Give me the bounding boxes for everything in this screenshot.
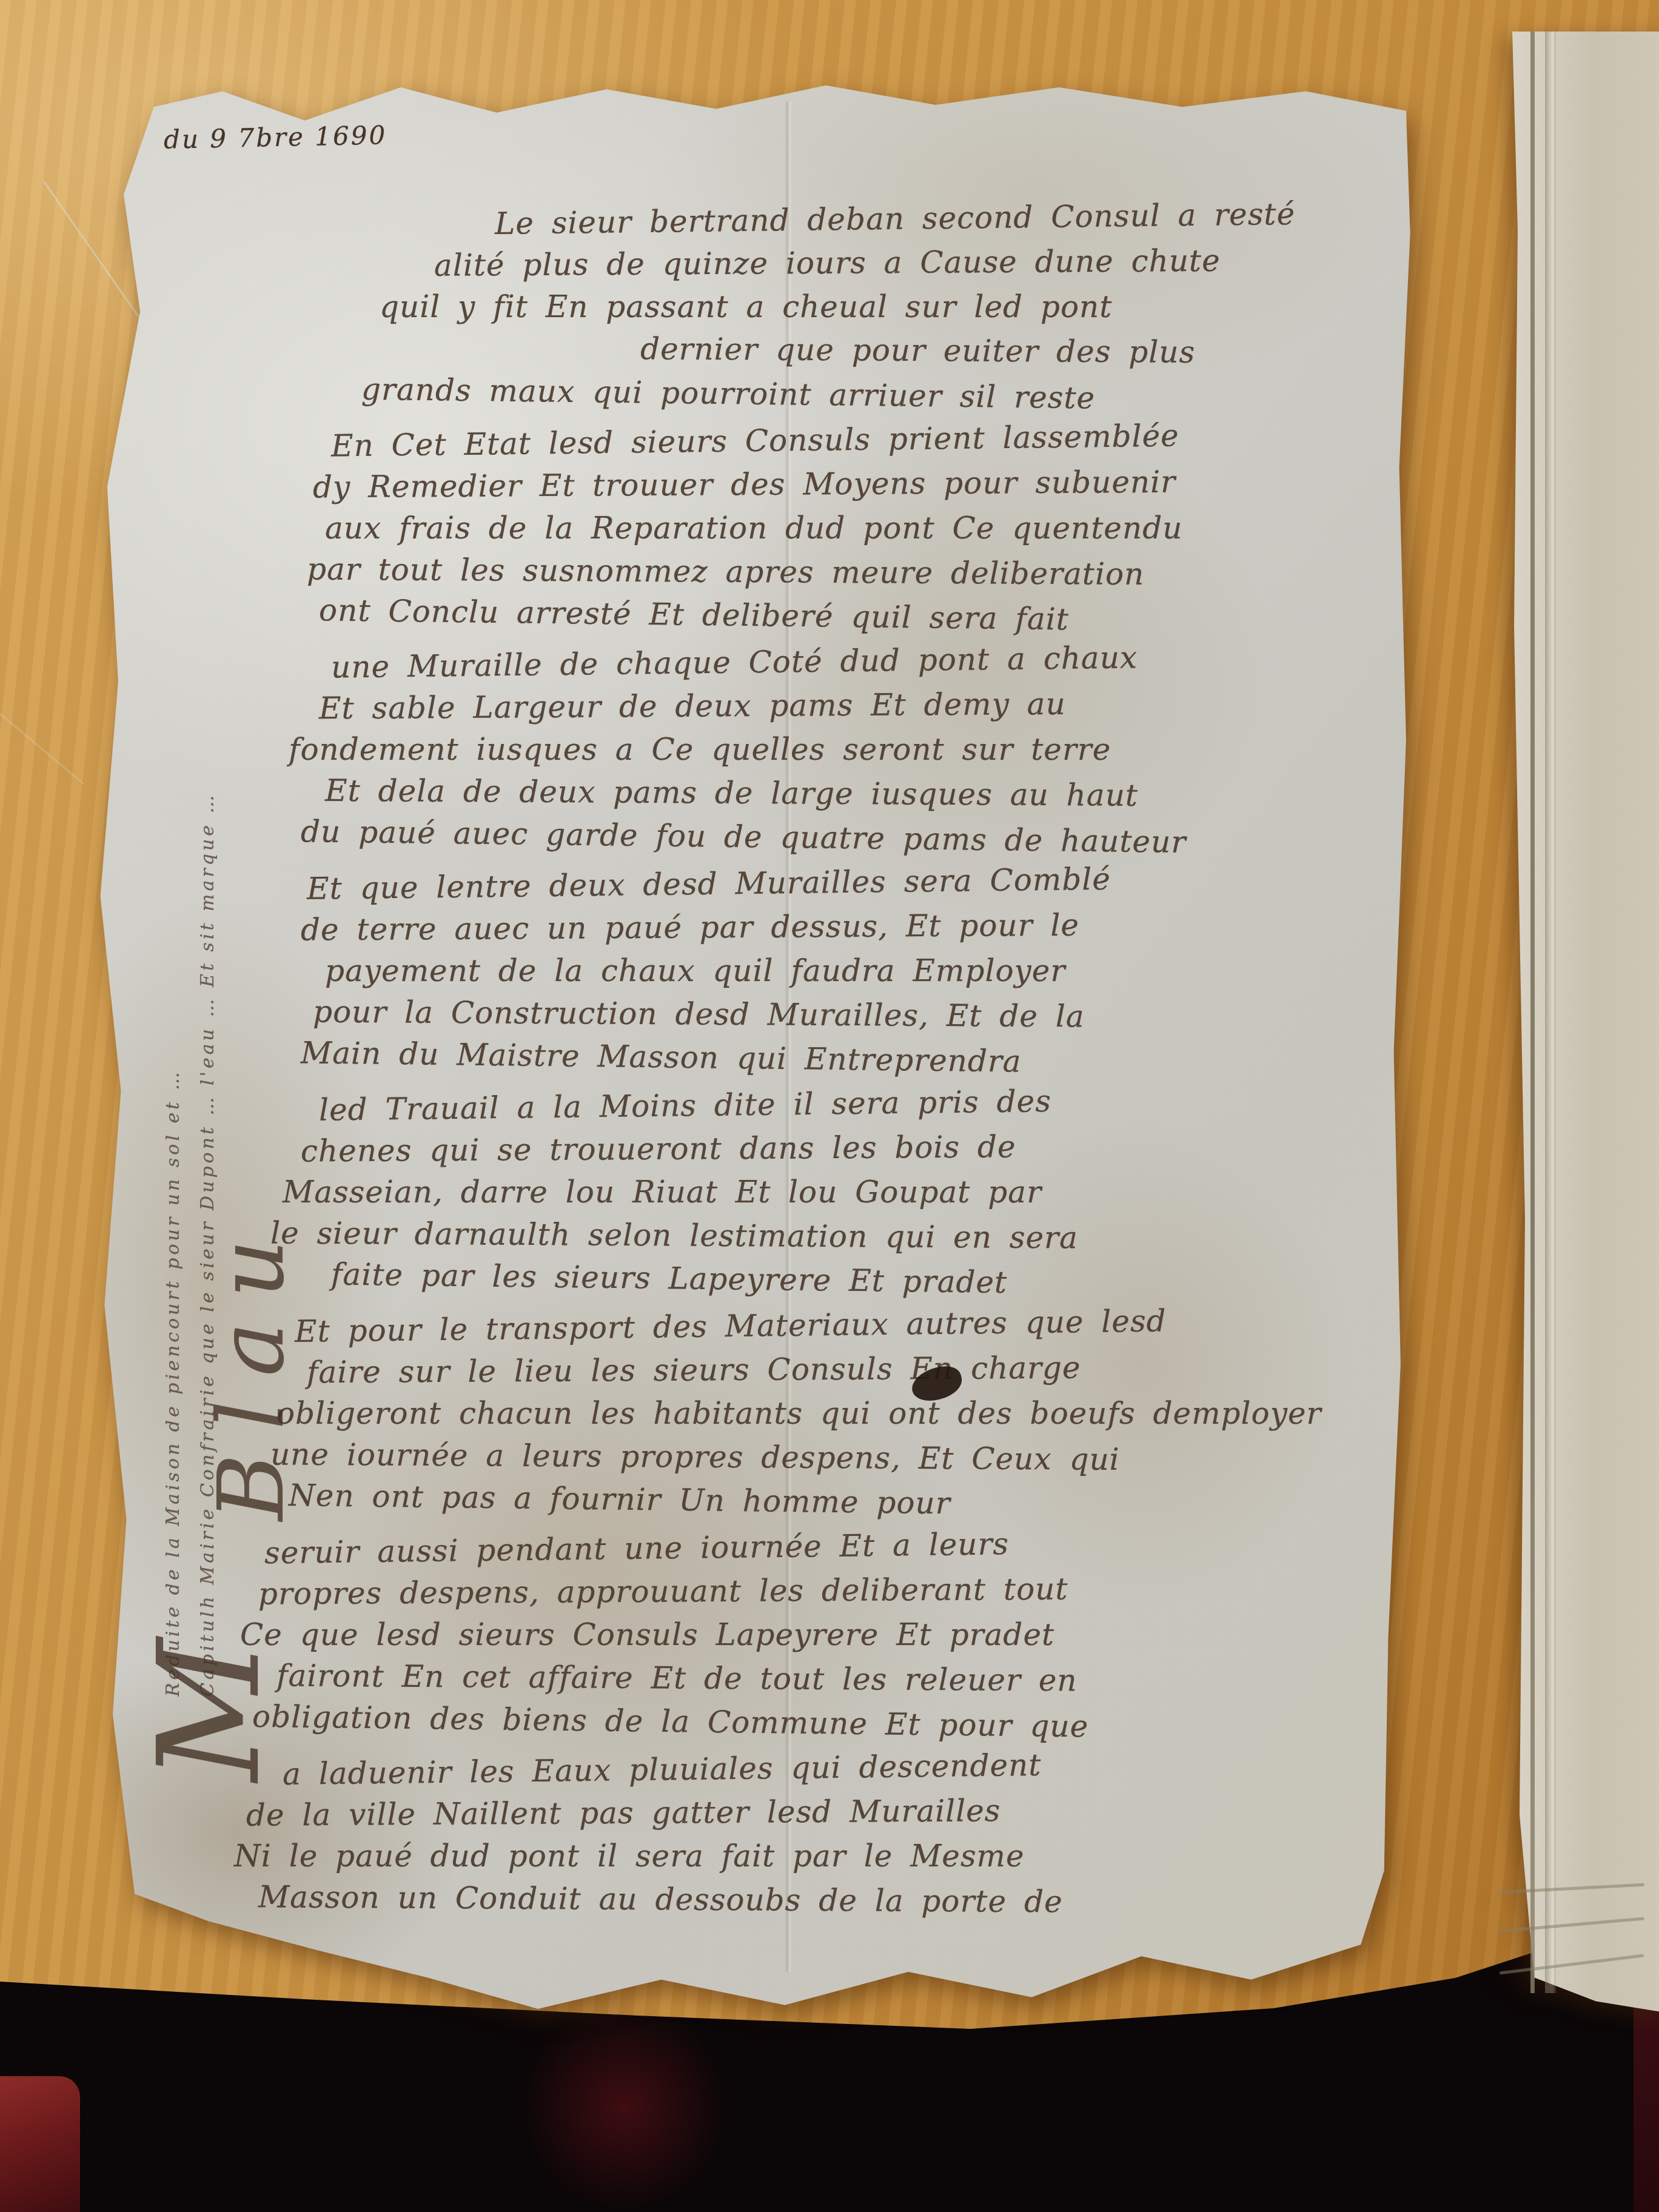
manuscript-line: Le sieur bertrand deban second Consul a …: [495, 191, 1381, 246]
manuscript-body: Le sieur bertrand deban second Consul a …: [179, 196, 1380, 1923]
manuscript-line: propres despens, approuuant les delibera…: [258, 1565, 1380, 1616]
fold-crease: [1545, 32, 1556, 1993]
manuscript-line: aux frais de la Reparation dud pont Ce q…: [325, 506, 1380, 551]
manuscript-page: du 9 7bre 1690 Le sieur bertrand deban s…: [72, 78, 1443, 2026]
manuscript-line: obligeront chacun les habitants qui ont …: [276, 1392, 1380, 1436]
manuscript-line: fondement iusques a Ce quelles seront su…: [289, 728, 1380, 772]
manuscript-line: faire sur le lieu les sieurs Consuls En …: [307, 1344, 1380, 1395]
fold-crease: [1530, 32, 1535, 1993]
manuscript-line: de la ville Naillent pas gatter lesd Mur…: [246, 1786, 1380, 1837]
manuscript-line: Masson un Conduit au dessoubs de la port…: [258, 1875, 1380, 1926]
margin-signature: M: [129, 1296, 291, 1781]
dark-red-floor-tint: [521, 2001, 728, 2212]
manuscript-line: quil y fit En passant a cheual sur led p…: [380, 285, 1380, 329]
manuscript-line: dy Remedier Et trouuer des Moyens pour s…: [313, 459, 1380, 510]
manuscript-line: Et sable Largeur de deux pams Et demy au: [319, 680, 1380, 731]
manuscript-line: Ni le paué dud pont il sera fait par le …: [234, 1834, 1380, 1879]
manuscript-line: Ce que lesd sieurs Consuls Lapeyrere Et …: [240, 1613, 1380, 1657]
red-object-bottom-left: [0, 2076, 80, 2212]
photo-canvas: du 9 7bre 1690 Le sieur bertrand deban s…: [0, 0, 1659, 2212]
manuscript-line: payement de la chaux quil faudra Employe…: [325, 949, 1380, 993]
manuscript-line: de terre auec un paué par dessus, Et pou…: [301, 902, 1380, 953]
folded-document-stack: [1487, 32, 1659, 2013]
manuscript-line: chenes qui se trouueront dans les bois d…: [301, 1123, 1380, 1174]
folded-document-page: [1487, 32, 1659, 2013]
manuscript-line: alité plus de quinze iours a Cause dune …: [434, 238, 1380, 288]
date-header: du 9 7bre 1690: [164, 120, 387, 155]
manuscript-line: Masseian, darre lou Riuat Et lou Goupat …: [283, 1170, 1380, 1215]
manuscript-line: dernier que pour euiter des plus: [640, 327, 1380, 375]
